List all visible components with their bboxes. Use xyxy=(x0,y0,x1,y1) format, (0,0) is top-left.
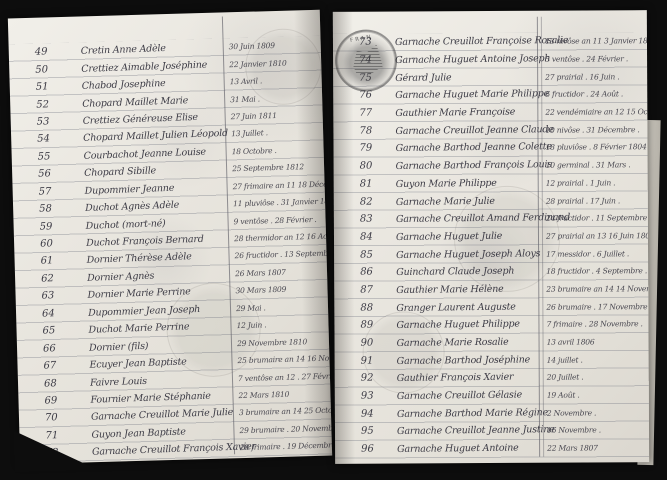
register-row: 81Guyon Marie Philippe12 prairial . 1 Ju… xyxy=(334,174,648,193)
entry-number: 96 xyxy=(361,444,397,455)
right-page: 73Garnache Creuillot Françoise Rosalie13… xyxy=(333,10,649,464)
entry-number: 79 xyxy=(360,143,396,154)
entry-date: 2 Novembre . xyxy=(543,408,649,418)
register-row: 86Guinchard Claude Joseph18 fructidor . … xyxy=(334,262,648,281)
entry-date: 30 Mars 1809 xyxy=(231,284,327,296)
entry-date: 7 frimaire . 28 Novembre . xyxy=(542,320,648,330)
entry-number: 67 xyxy=(43,359,89,371)
entry-name: Crettiez Aimable Joséphine xyxy=(81,59,225,75)
entry-number: 93 xyxy=(361,391,397,402)
entry-name: Garnache Creuillot Gélasie xyxy=(397,389,543,402)
entry-name: Garnache Huguet Antoine Joseph xyxy=(395,53,541,66)
entry-name: Crettiez Généreuse Elise xyxy=(83,111,227,127)
entry-date: 3 brumaire an 14 25 Octobre 1805 xyxy=(235,406,331,418)
entry-date: 26 brumaire . 17 Novembre . xyxy=(542,302,648,312)
entry-name: Garnache Creuillot François Xavier xyxy=(92,442,236,458)
entry-name: Faivre Louis xyxy=(90,372,234,388)
register-row: 96Garnache Huguet Antoine22 Mars 1807 xyxy=(335,439,649,458)
entry-number: 80 xyxy=(360,161,396,172)
register-row: 77Gauthier Marie Françoise22 vendémiaire… xyxy=(333,103,647,122)
entry-name: Dupommier Jean Joseph xyxy=(88,303,232,319)
register-row: 94Garnache Barthod Marie Régine2 Novembr… xyxy=(335,404,649,423)
register-entries-left: 49Cretin Anne Adèle30 Juin 180950Crettie… xyxy=(9,36,333,464)
entry-number: 85 xyxy=(360,249,396,260)
register-row: 82Garnache Marie Julie28 prairial . 17 J… xyxy=(334,191,648,210)
entry-number: 82 xyxy=(360,196,396,207)
entry-number: 50 xyxy=(35,63,81,75)
entry-date: 12 prairial . 1 Juin . xyxy=(542,178,648,188)
entry-date: 11 pluviôse . 31 Janvier 1803 xyxy=(229,197,325,209)
entry-date: 27 Juin 1811 xyxy=(227,110,323,122)
entry-date: 28 frimaire . 19 Décembre . xyxy=(236,441,332,453)
entry-date: 26 Mars 1807 xyxy=(231,267,327,279)
entry-name: Garnache Creuillot Françoise Rosalie xyxy=(395,36,541,49)
entry-name: Duchot (mort-né) xyxy=(85,215,229,231)
entry-name: Garnache Creuillot Marie Julie xyxy=(91,407,235,423)
entry-date: 19 Août . xyxy=(543,390,649,400)
entry-name: Garnache Creuillot Jeanne Justine xyxy=(397,425,543,438)
entry-name: Garnache Marie Julie xyxy=(396,195,542,208)
entry-date: 26 fructidor . 13 Septembre . xyxy=(230,249,326,261)
entry-name: Dornier Marie Perrine xyxy=(87,285,231,301)
entry-date: 30 Juin 1809 xyxy=(225,40,321,52)
entry-number: 81 xyxy=(360,178,396,189)
register-row: 83Garnache Creuillot Amand Ferdinand24 f… xyxy=(334,209,648,228)
left-page: 49Cretin Anne Adèle30 Juin 180950Crettie… xyxy=(8,10,332,465)
entry-date: 20 Juillet . xyxy=(543,373,649,383)
entry-date: 27 prairial an 13 16 Juin 1805 xyxy=(542,231,648,241)
entry-date: 16 Novembre . xyxy=(543,426,649,436)
entry-name: Duchot Marie Perrine xyxy=(88,320,232,336)
entry-name: Garnache Huguet Marie Philippe xyxy=(395,89,541,102)
entry-number: 86 xyxy=(360,267,396,278)
entry-number: 71 xyxy=(45,429,91,441)
register-row: 88Granger Laurent Auguste26 brumaire . 1… xyxy=(334,297,648,316)
entry-name: Garnache Huguet Philippe xyxy=(396,319,542,332)
entry-date: 18 pluviôse . 8 Février 1804 xyxy=(542,143,648,153)
register-row: 91Garnache Barthod Joséphine14 juillet . xyxy=(335,351,649,370)
entry-number: 66 xyxy=(43,342,89,354)
entry-name: Garnache Barthod Joséphine xyxy=(397,354,543,367)
entry-number: 64 xyxy=(42,307,88,319)
entry-name: Garnache Huguet Joseph Aloys xyxy=(396,248,542,261)
entry-number: 56 xyxy=(38,168,84,180)
entry-date: 29 Mai . xyxy=(232,301,328,313)
register-row: 80Garnache Barthod François Louis10 germ… xyxy=(334,156,648,175)
entry-date: 17 messidor . 6 Juillet . xyxy=(542,249,648,259)
entry-number: 92 xyxy=(361,373,397,384)
entry-name: Guyon Marie Philippe xyxy=(396,177,542,190)
entry-name: Guinchard Claude Joseph xyxy=(396,266,542,279)
entry-name: Granger Laurent Auguste xyxy=(396,301,542,314)
entry-number: 88 xyxy=(360,302,396,313)
entry-number: 68 xyxy=(44,377,90,389)
entry-number: 87 xyxy=(360,284,396,295)
entry-name: Chopard Maillet Marie xyxy=(82,93,226,109)
entry-date: 29 brumaire . 20 Novembre . xyxy=(235,423,331,435)
entry-date: 13 Juillet . xyxy=(227,127,323,139)
entry-date: 25 Septembre 1812 xyxy=(228,162,324,174)
entry-number: 91 xyxy=(361,355,397,366)
entry-number: 63 xyxy=(41,290,87,302)
entry-date: 27 frimaire an 11 18 Décembre 1802 xyxy=(228,179,324,191)
entry-name: Gauthier Marie Françoise xyxy=(395,106,541,119)
entry-number: 95 xyxy=(361,426,397,437)
entry-date: 14 juillet . xyxy=(543,355,649,365)
entry-date: 28 prairial . 17 Juin . xyxy=(542,196,648,206)
entry-number: 58 xyxy=(39,203,85,215)
entry-name: Garnache Huguet Julie xyxy=(396,230,542,243)
register-row: 78Garnache Creuillot Jeanne Claude10 niv… xyxy=(333,121,647,140)
entry-name: Garnache Barthod François Louis xyxy=(396,159,542,172)
entry-name: Garnache Barthod Jeanne Colette xyxy=(395,142,541,155)
register-row: 95Garnache Creuillot Jeanne Justine16 No… xyxy=(335,421,649,440)
entry-number: 70 xyxy=(45,412,91,424)
entry-number: 52 xyxy=(36,98,82,110)
entry-name: Chopard Maillet Julien Léopold xyxy=(83,128,227,144)
entry-name: Dornier (fils) xyxy=(89,337,233,353)
entry-name: Garnache Creuillot Jeanne Claude xyxy=(395,124,541,137)
entry-name: Ecuyer Jean Baptiste xyxy=(89,355,233,371)
entry-date: 5 ventôse . 24 Février . xyxy=(541,54,647,64)
entry-name: Duchot Agnès Adèle xyxy=(85,198,229,214)
entry-name: Guyon Jean Baptiste xyxy=(91,425,235,441)
entry-number: 69 xyxy=(44,394,90,406)
entry-name: Garnache Marie Rosalie xyxy=(396,336,542,349)
entry-name: Gérard Julie xyxy=(395,71,541,84)
register-row: 89Garnache Huguet Philippe7 frimaire . 2… xyxy=(334,315,648,334)
entry-name: Garnache Creuillot Amand Ferdinand xyxy=(396,212,542,225)
entry-number: 54 xyxy=(37,133,83,145)
entry-name: Dornier Thérèse Adèle xyxy=(86,250,230,266)
entry-name: Duchot François Bernard xyxy=(86,233,230,249)
entry-number: 62 xyxy=(41,272,87,284)
entry-date: 6 fructidor . 24 Août . xyxy=(541,90,647,100)
entry-number: 61 xyxy=(40,255,86,267)
entry-name: Gauthier Marie Hélène xyxy=(396,283,542,296)
entry-date: 12 Juin . xyxy=(232,319,328,331)
register-row: 87Gauthier Marie Hélène23 brumaire an 14… xyxy=(334,280,648,299)
entry-date: 22 Mars 1810 xyxy=(234,389,330,401)
entry-number: 53 xyxy=(37,115,83,127)
register-row: 79Garnache Barthod Jeanne Colette18 pluv… xyxy=(333,138,647,157)
entry-number: 78 xyxy=(359,125,395,136)
entry-date: 22 Mars 1807 xyxy=(543,443,649,453)
entry-number: 57 xyxy=(39,185,85,197)
entry-date: 18 fructidor . 4 Septembre . xyxy=(542,266,648,276)
entry-name: Chopard Sibille xyxy=(84,163,228,179)
entry-date: 28 thermidor an 12 16 Août 1804 xyxy=(230,232,326,244)
entry-date: 13 avril 1806 xyxy=(543,337,649,347)
entry-date: 10 nivôse . 31 Décembre . xyxy=(541,125,647,135)
entry-name: Garnache Barthod Marie Régine xyxy=(397,407,543,420)
register-row: 92Gauthier François Xavier20 Juillet . xyxy=(335,368,649,387)
entry-date: 27 prairial . 16 Juin . xyxy=(541,72,647,82)
entry-date: 9 ventôse . 28 Février . xyxy=(229,214,325,226)
entry-date: 10 germinal . 31 Mars . xyxy=(542,160,648,170)
entry-name: Cretin Anne Adèle xyxy=(81,41,225,57)
entry-number: 65 xyxy=(42,325,88,337)
entry-number: 90 xyxy=(361,338,397,349)
entry-date: 29 Novembre 1810 xyxy=(233,336,329,348)
entry-name: Chabod Josephine xyxy=(82,76,226,92)
entry-date: 25 brumaire an 14 16 Novembre 1805 xyxy=(233,354,329,366)
entry-name: Fournier Marie Stéphanie xyxy=(90,390,234,406)
entry-date: 13 nivôse an 11 3 Janvier 1803 xyxy=(541,37,647,47)
register-entries-right: 73Garnache Creuillot Françoise Rosalie13… xyxy=(333,32,649,459)
stamp-text: FRAN xyxy=(350,34,373,44)
entry-number: 83 xyxy=(360,214,396,225)
register-row: 93Garnache Creuillot Gélasie19 Août . xyxy=(335,386,649,405)
entry-date: 22 vendémiaire an 12 15 Octobre 1803 xyxy=(541,107,647,117)
entry-number: 84 xyxy=(360,231,396,242)
stamp-figure-icon xyxy=(346,42,386,79)
entry-number: 77 xyxy=(359,108,395,119)
entry-name: Garnache Huguet Antoine xyxy=(397,442,543,455)
entry-date: 31 Mai . xyxy=(226,92,322,104)
entry-number: 89 xyxy=(360,320,396,331)
entry-date: 23 brumaire an 14 14 Novembre . xyxy=(542,284,648,294)
entry-name: Dornier Agnès xyxy=(87,268,231,284)
register-row: 90Garnache Marie Rosalie13 avril 1806 xyxy=(335,333,649,352)
entry-name: Courbachot Jeanne Louise xyxy=(84,146,228,162)
entry-number: 59 xyxy=(40,220,86,232)
entry-date: 13 Avril . xyxy=(226,75,322,87)
entry-number: 49 xyxy=(35,46,81,58)
entry-name: Gauthier François Xavier xyxy=(397,372,543,385)
entry-number: 51 xyxy=(36,81,82,93)
register-row: 85Garnache Huguet Joseph Aloys17 messido… xyxy=(334,244,648,263)
entry-date: 24 fructidor . 11 Septembre . xyxy=(542,213,648,223)
entry-date: 22 Janvier 1810 xyxy=(225,57,321,69)
register-row: 84Garnache Huguet Julie27 prairial an 13… xyxy=(334,227,648,246)
entry-number: 55 xyxy=(38,150,84,162)
entry-number: 60 xyxy=(40,237,86,249)
entry-date: 18 Octobre . xyxy=(228,145,324,157)
entry-date: 7 ventôse an 12 . 27 Février 1804 xyxy=(234,371,330,383)
entry-number: 94 xyxy=(361,408,397,419)
entry-name: Dupommier Jeanne xyxy=(84,181,228,197)
